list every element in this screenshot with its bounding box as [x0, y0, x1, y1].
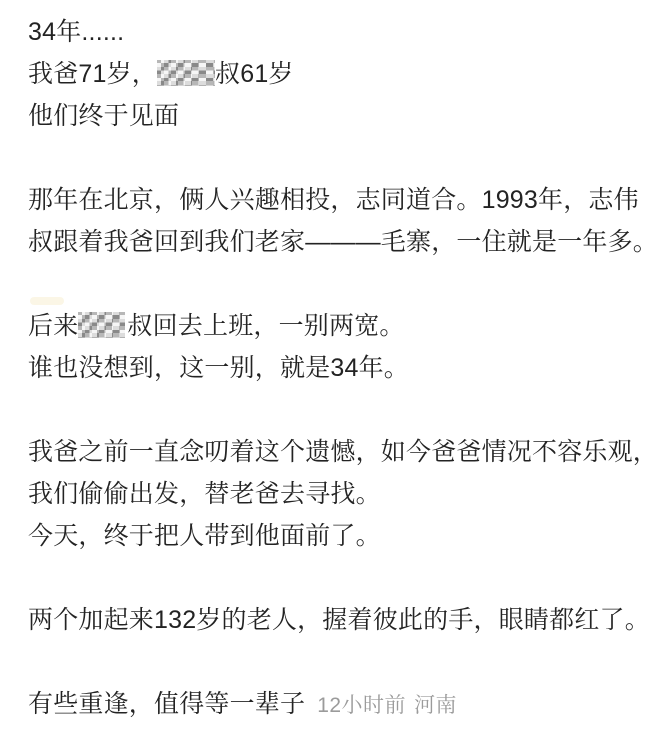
post-timestamp: 12小时前: [317, 694, 406, 717]
line-text: 叔回去上班，一别两宽。: [127, 312, 404, 340]
text-line: 我爸之前一直念叨着这个遗憾，如今爸爸情况不容乐观，: [28, 431, 648, 473]
line-text: 有些重逢，值得等一辈子: [28, 690, 305, 718]
line-text: 两个加起来132岁的老人，握着彼此的手，眼睛都红了。: [28, 606, 650, 634]
text-line: 那年在北京，俩人兴趣相投，志同道合。1993年，志伟: [28, 179, 648, 221]
line-text: 我爸之前一直念叨着这个遗憾，如今爸爸情况不容乐观，: [28, 438, 658, 466]
line-text: 他们终于见面: [28, 102, 179, 130]
line-text: 谁也没想到，这一别，就是34年。: [28, 354, 409, 382]
line-text: 我爸71岁，: [28, 60, 157, 88]
text-line: 有些重逢，值得等一辈子12小时前河南: [28, 683, 648, 727]
paragraph-closing: 有些重逢，值得等一辈子12小时前河南: [28, 683, 648, 727]
paragraph-beijing: 那年在北京，俩人兴趣相投，志同道合。1993年，志伟 叔跟着我爸回到我们老家——…: [28, 179, 648, 263]
line-text: 34年......: [28, 18, 124, 46]
post-location: 河南: [414, 694, 457, 717]
paragraph-reunion: 两个加起来132岁的老人，握着彼此的手，眼睛都红了。: [28, 599, 648, 641]
text-line: 我们偷偷出发，替老爸去寻找。: [28, 473, 648, 515]
line-text: 今天，终于把人带到他面前了。: [28, 522, 381, 550]
post-body: 34年...... 我爸71岁，叔61岁 他们终于见面 那年在北京，俩人兴趣相投…: [28, 11, 648, 727]
paragraph-regret: 我爸之前一直念叨着这个遗憾，如今爸爸情况不容乐观， 我们偷偷出发，替老爸去寻找。…: [28, 431, 648, 557]
text-line: 我爸71岁，叔61岁: [28, 53, 648, 95]
paragraph-farewell: 后来叔回去上班，一别两宽。 谁也没想到，这一别，就是34年。: [28, 305, 648, 389]
text-line: 后来叔回去上班，一别两宽。: [28, 305, 648, 347]
line-text: 后来: [28, 312, 78, 340]
text-line: 他们终于见面: [28, 95, 648, 137]
text-line: 叔跟着我爸回到我们老家———毛寨，一住就是一年多。: [28, 221, 648, 263]
paragraph-intro: 34年...... 我爸71岁，叔61岁 他们终于见面: [28, 11, 648, 137]
censored-name-mosaic: [157, 60, 215, 86]
line-text: 我们偷偷出发，替老爸去寻找。: [28, 480, 381, 508]
text-line: 两个加起来132岁的老人，握着彼此的手，眼睛都红了。: [28, 599, 648, 641]
text-line: 谁也没想到，这一别，就是34年。: [28, 347, 648, 389]
line-text: 叔跟着我爸回到我们老家———毛寨，一住就是一年多。: [28, 228, 658, 256]
censored-name-mosaic: [78, 312, 125, 338]
text-line: 今天，终于把人带到他面前了。: [28, 515, 648, 557]
line-text: 叔61岁: [215, 60, 294, 88]
text-line: 34年......: [28, 11, 648, 53]
line-text: 那年在北京，俩人兴趣相投，志同道合。1993年，志伟: [28, 186, 639, 214]
